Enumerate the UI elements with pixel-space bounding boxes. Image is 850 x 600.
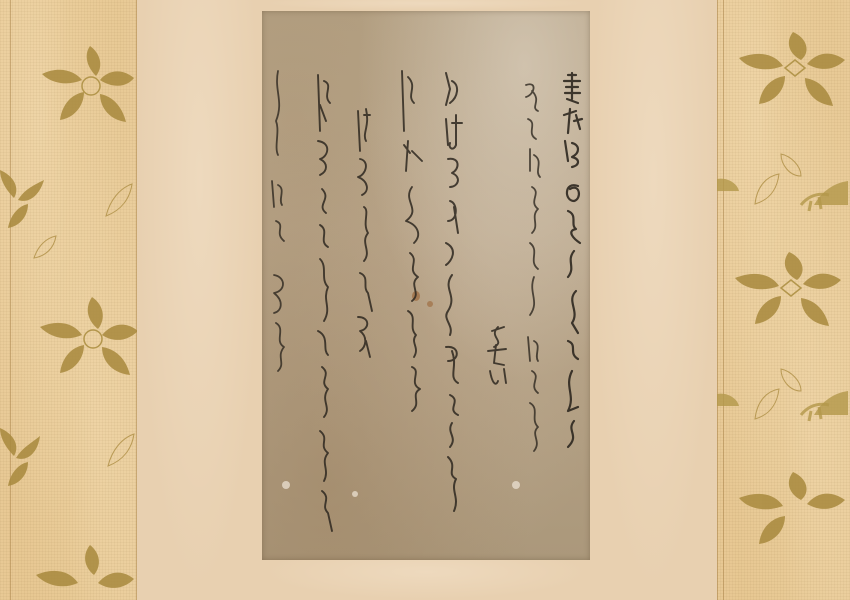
left-brocade-border	[0, 0, 137, 600]
gold-flower-motif	[737, 470, 847, 550]
gold-leaf-motif	[717, 175, 741, 195]
brocade-fold-line	[10, 0, 11, 600]
bottom-mount-paper	[262, 560, 590, 600]
gold-flower-motif	[733, 250, 843, 330]
calligraphy-panel: 雲林院のみこ	[262, 11, 590, 560]
left-mount-paper	[137, 0, 262, 600]
column-6	[358, 109, 372, 357]
gold-flower-motif	[38, 38, 138, 128]
gold-flower-motif	[36, 545, 136, 600]
brocade-fold-line	[723, 0, 724, 600]
leaf-outline-motif	[100, 180, 136, 220]
gold-leaf-motif	[717, 390, 741, 410]
hanging-scroll: 雲林院のみこ	[0, 0, 850, 600]
column-5	[402, 71, 422, 411]
leaf-outline-motif	[104, 430, 136, 470]
leaf-outline-motif	[747, 365, 807, 425]
column-7	[318, 75, 332, 531]
column-2	[526, 84, 540, 451]
calligraphy-ink-strokes	[262, 11, 590, 560]
gold-flower-motif	[737, 30, 847, 110]
gold-flower-motif	[0, 420, 45, 490]
gold-flower-motif	[40, 295, 140, 385]
column-8	[272, 71, 284, 371]
top-mount-paper	[262, 0, 590, 11]
leaf-outline-motif	[747, 150, 807, 210]
right-mount-paper	[590, 0, 717, 600]
leaf-outline-motif	[30, 232, 60, 262]
right-brocade-border	[717, 0, 850, 600]
column-4	[446, 73, 462, 511]
gold-flower-motif	[0, 160, 45, 230]
brocade-edge-line	[717, 0, 718, 600]
column-3	[488, 327, 506, 384]
column-1	[564, 73, 582, 447]
